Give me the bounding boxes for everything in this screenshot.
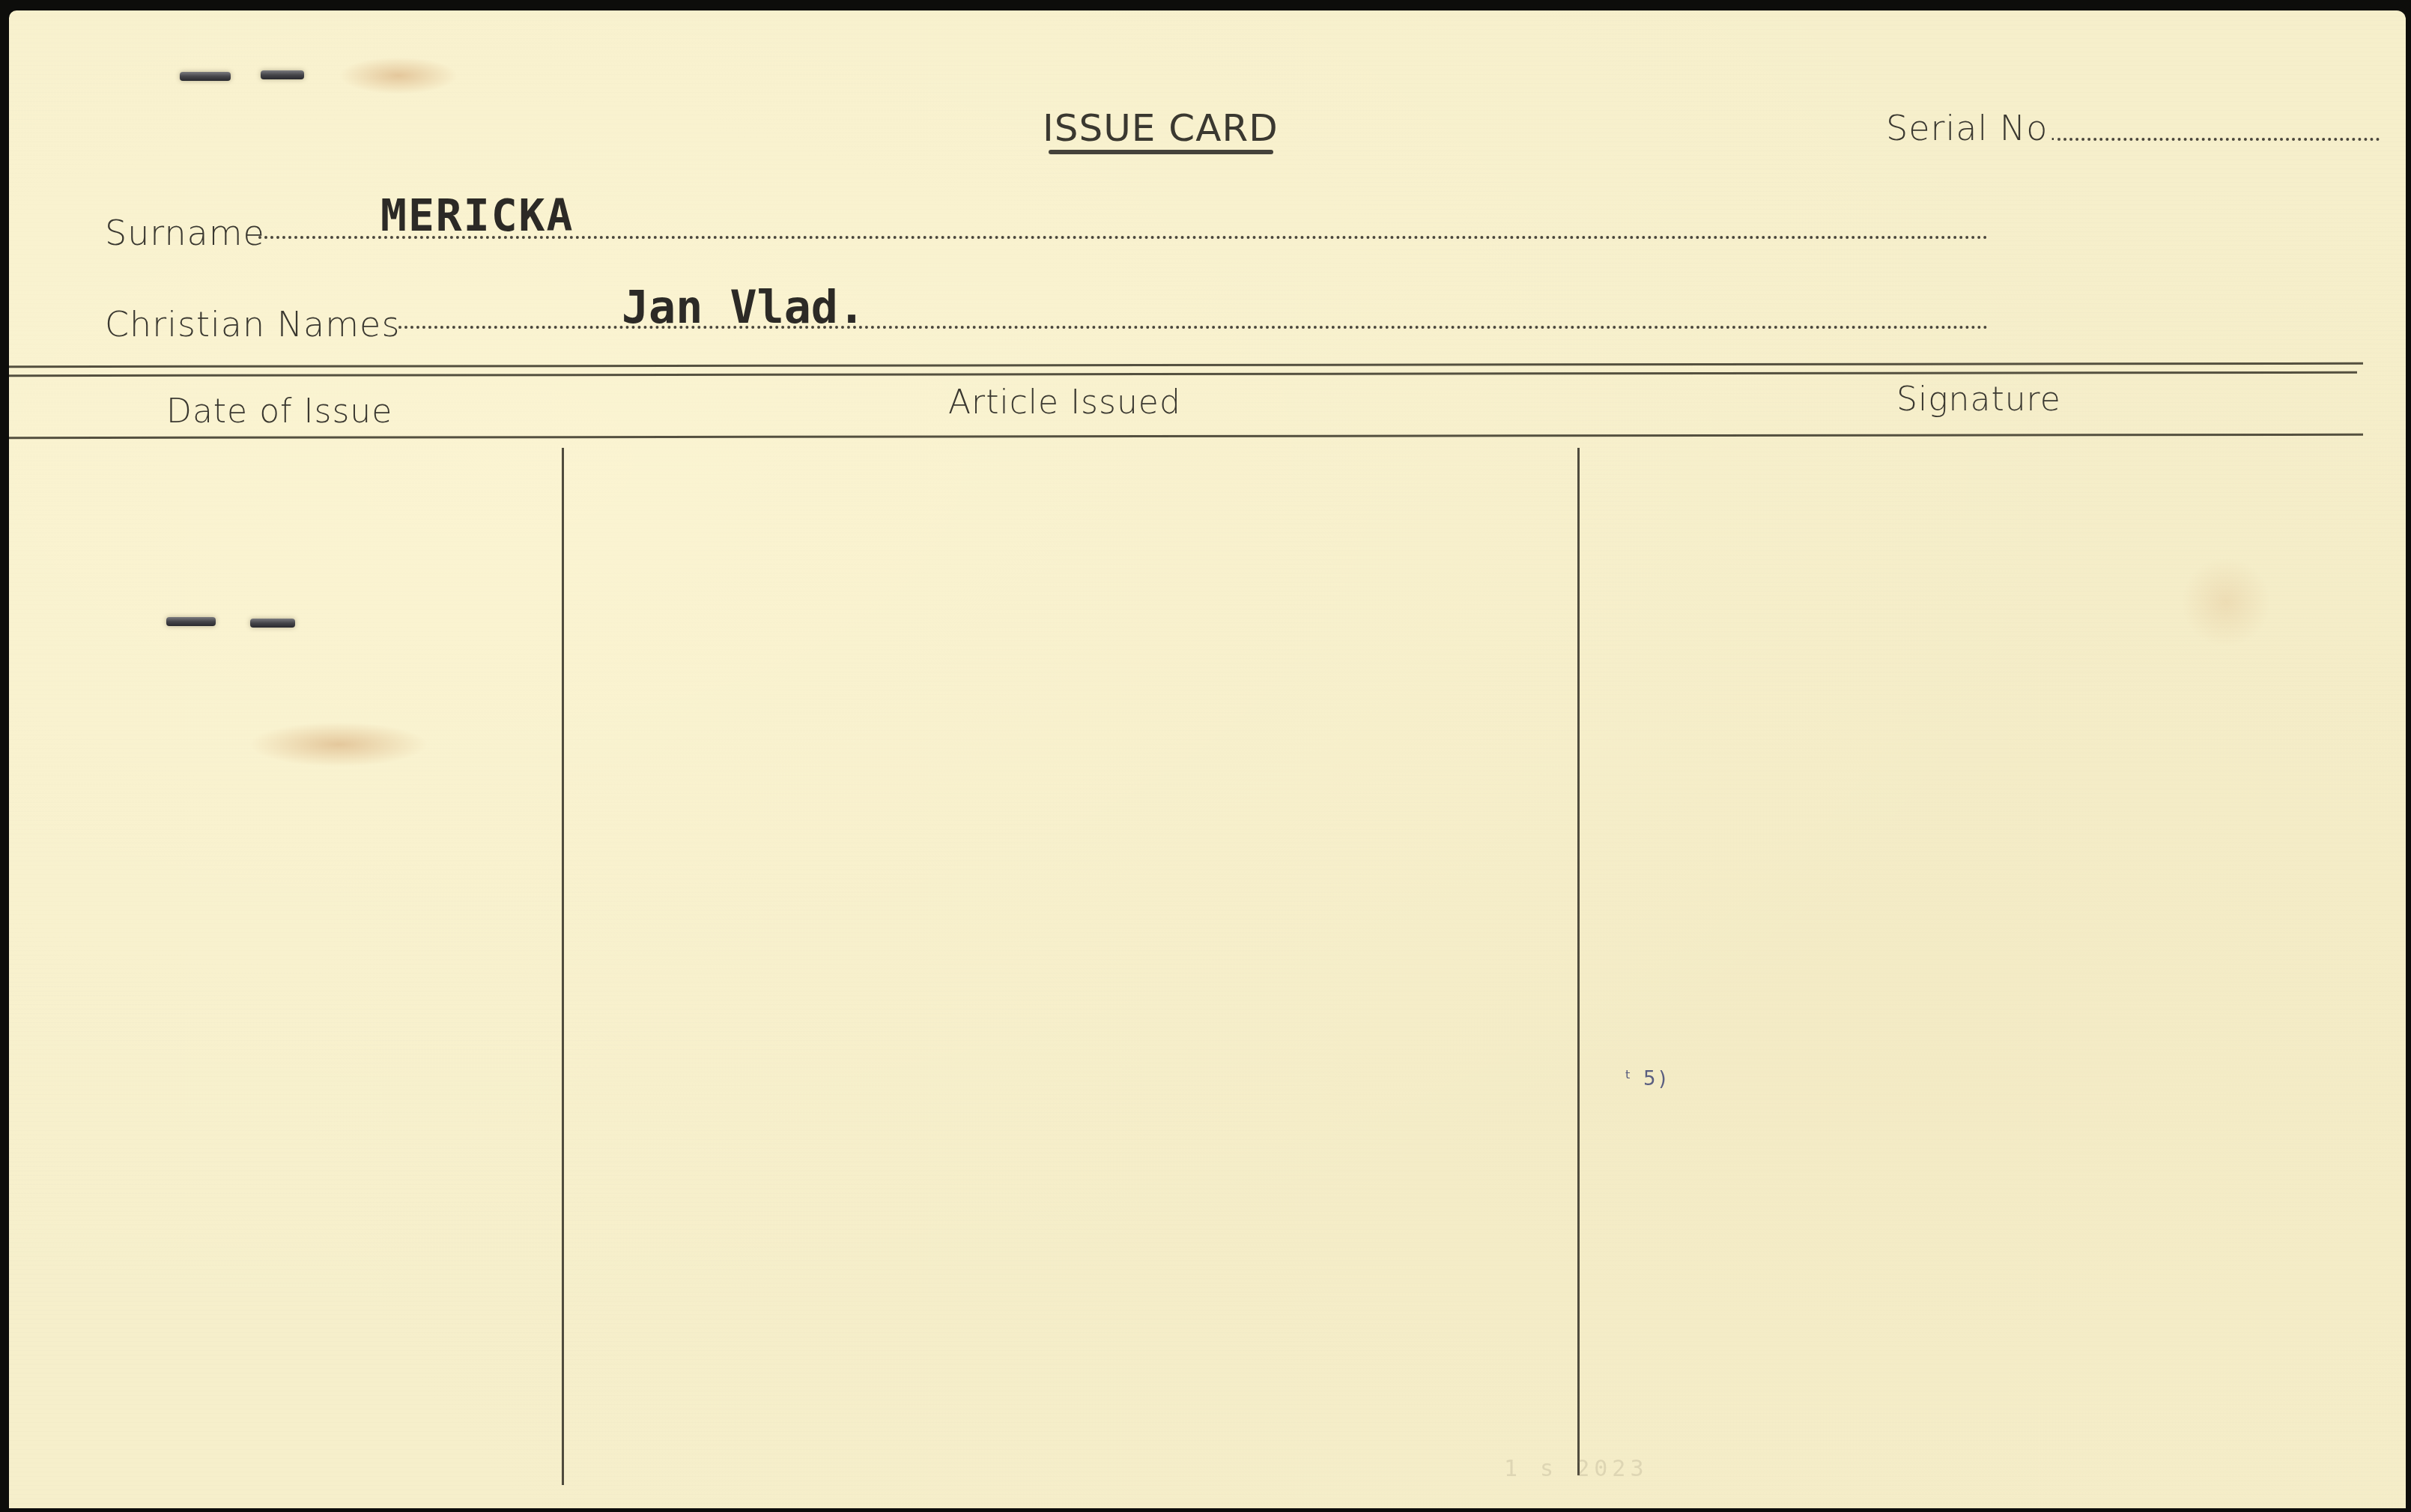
issue-card: ISSUE CARD Serial No. Surname MERICKA Ch… — [9, 10, 2406, 1508]
column-date-of-issue[interactable] — [9, 441, 560, 1490]
column-header-signature: Signature — [1896, 380, 2061, 419]
rust-stain-lower — [249, 722, 428, 767]
card-title: ISSUE CARD — [1043, 106, 1279, 150]
pencil-mark: ᵗ 5) — [1625, 1068, 1669, 1090]
staple-lower-right — [250, 619, 295, 628]
column-header-date-of-issue: Date of Issue — [166, 392, 392, 431]
surname-label: Surname — [105, 213, 265, 253]
column-signature[interactable] — [1580, 441, 2404, 1490]
rust-stain-right — [2181, 557, 2271, 647]
column-header-rule — [9, 434, 2363, 439]
header-rule-top — [9, 362, 2363, 368]
faint-stamp: 1 s 2023 — [1504, 1456, 1649, 1482]
staple-lower-left — [166, 617, 216, 626]
column-article-issued[interactable] — [565, 441, 1576, 1490]
staple-top-left — [180, 72, 231, 81]
title-underline — [1049, 150, 1273, 154]
serial-no-field[interactable] — [2057, 138, 2380, 141]
rust-stain-top — [339, 57, 458, 94]
column-header-article-issued: Article Issued — [948, 383, 1181, 422]
serial-no-label: Serial No. — [1886, 108, 2059, 148]
surname-value: MERICKA — [380, 190, 574, 241]
column-divider-2 — [1577, 448, 1580, 1475]
christian-names-label: Christian Names — [105, 304, 400, 344]
christian-names-value: Jan Vlad. — [622, 282, 865, 334]
header-rule-bottom — [9, 371, 2357, 377]
column-divider-1 — [562, 448, 564, 1485]
staple-top-right — [261, 70, 304, 79]
